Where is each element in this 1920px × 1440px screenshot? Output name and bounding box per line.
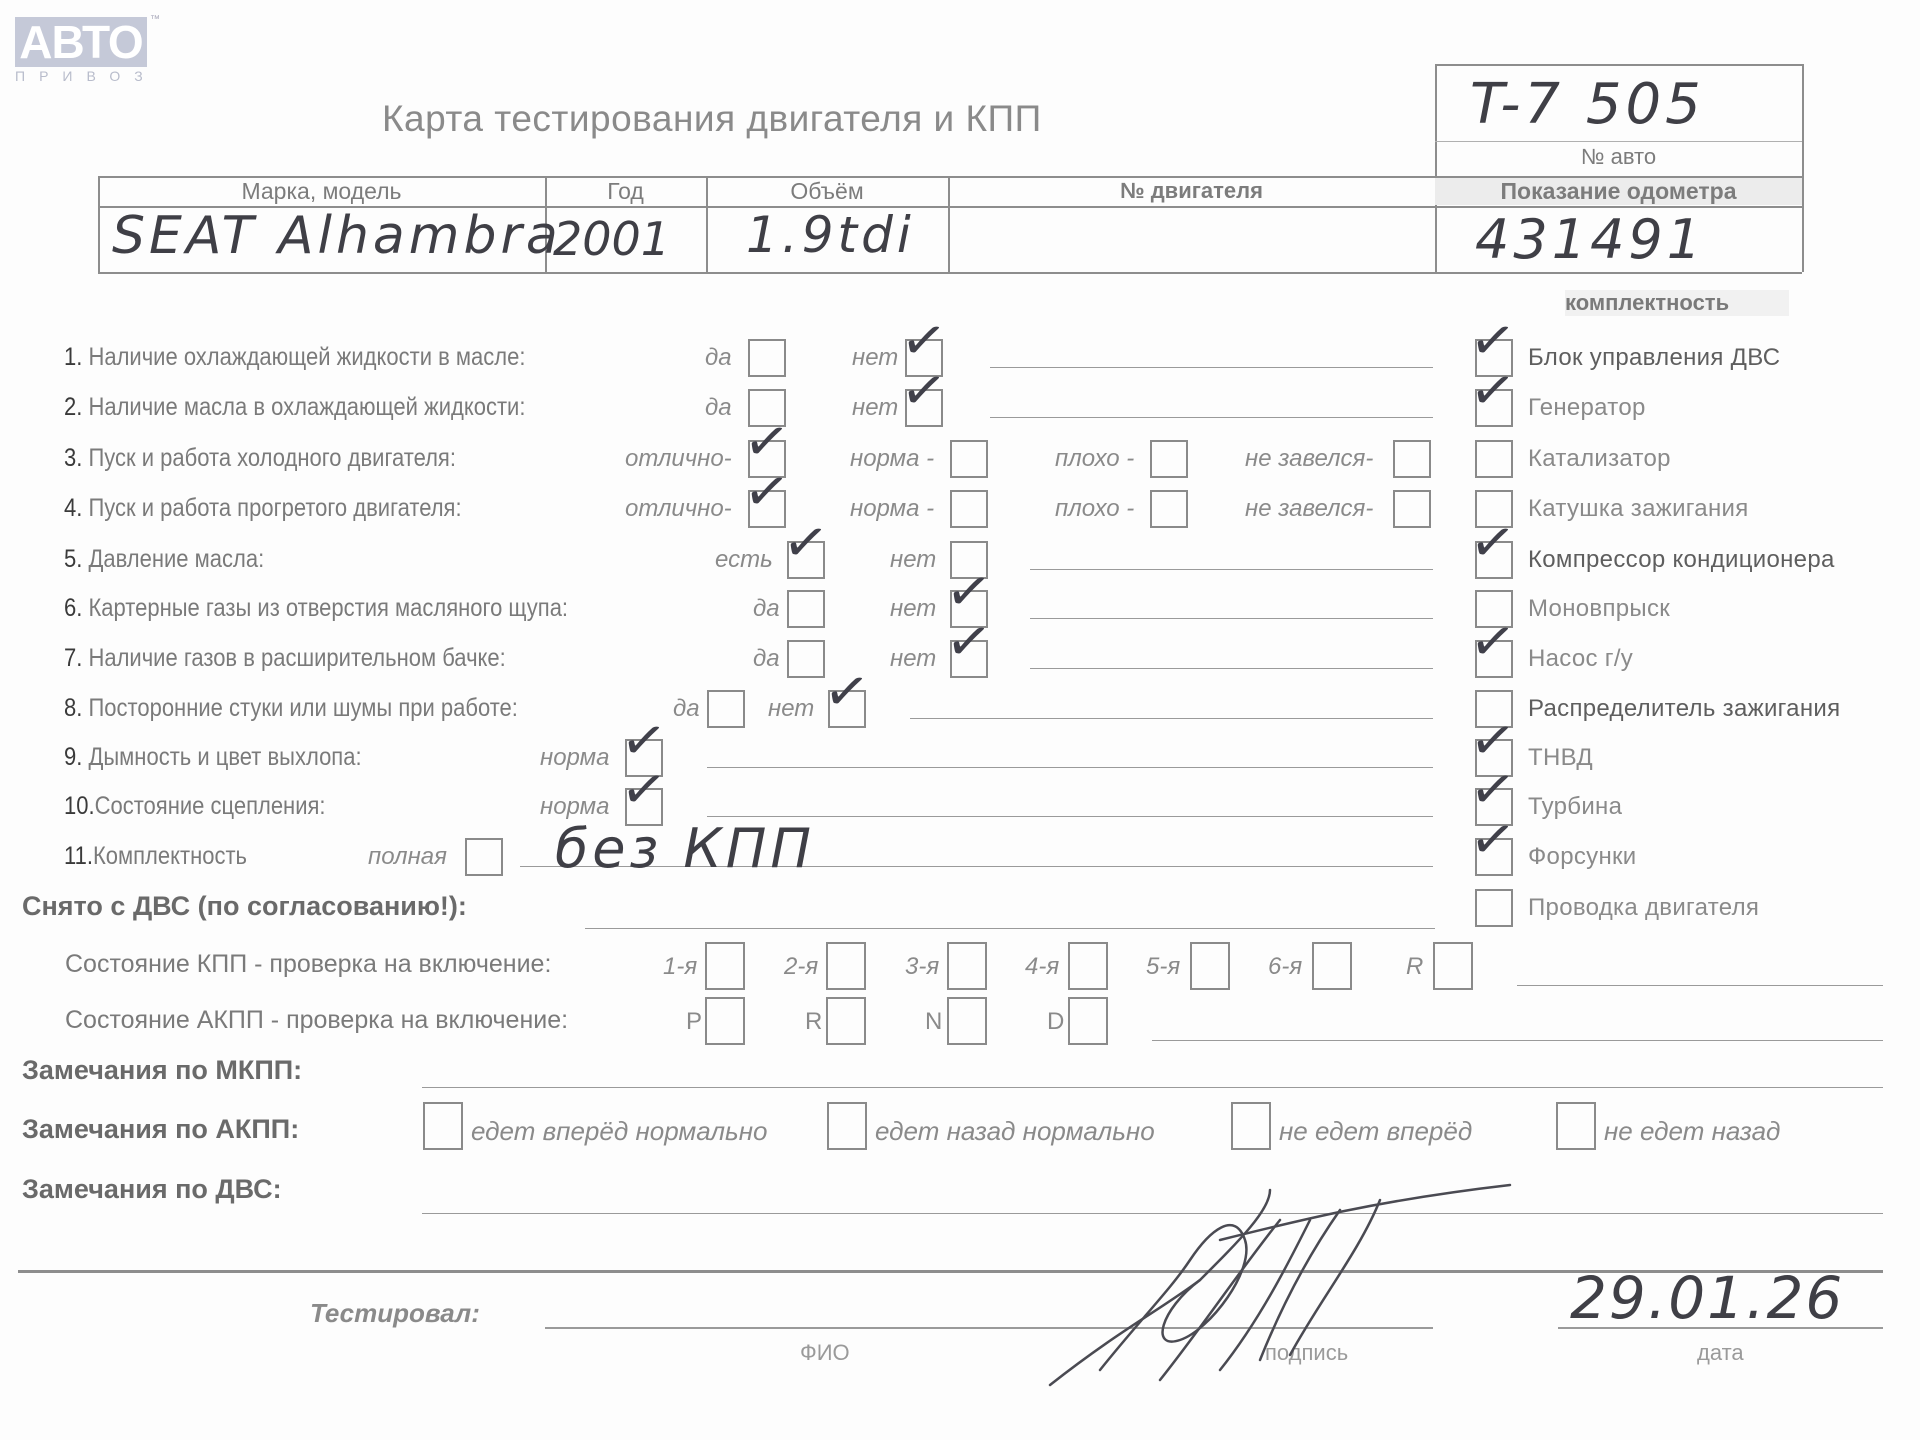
row-number: 8.: [64, 694, 82, 722]
checklist-row-label: 10.Состояние сцепления:: [64, 792, 326, 821]
option-checkbox[interactable]: [1150, 440, 1188, 478]
auto-remark-checkbox[interactable]: [1231, 1102, 1271, 1150]
option-label: нет: [852, 394, 898, 422]
option-label: нет: [890, 595, 936, 623]
removed-from-engine-field[interactable]: [585, 928, 1435, 929]
row-text: Комплектность: [93, 842, 247, 870]
checklist-row-label: 4. Пуск и работа прогретого двигателя:: [64, 494, 462, 523]
gear-checkbox[interactable]: [826, 942, 866, 990]
gear-label: 1-я: [663, 953, 697, 981]
option-label: да: [753, 595, 780, 623]
option-checkbox[interactable]: [748, 440, 786, 478]
row-note-field[interactable]: [910, 718, 1433, 719]
row-text: Наличие масла в охлаждающей жидкости:: [88, 393, 525, 421]
option-label: нет: [852, 344, 898, 372]
remarks-engine-label: Замечания по ДВС:: [22, 1174, 282, 1205]
option-label: отлично-: [625, 495, 732, 523]
name-caption: ФИО: [800, 1340, 850, 1366]
row-text: Картерные газы из отверстия масляного щу…: [88, 594, 568, 622]
completeness-item-label: Насос г/у: [1528, 645, 1633, 673]
row-number: 7.: [64, 644, 82, 672]
gear-label: 3-я: [905, 953, 939, 981]
auto-remark-label: не едет назад: [1604, 1116, 1780, 1147]
row-text: Наличие охлаждающей жидкости в масле:: [88, 343, 525, 371]
option-label: норма -: [850, 445, 934, 473]
completeness-checkbox[interactable]: [1475, 389, 1513, 427]
option-checkbox[interactable]: [707, 690, 745, 728]
col-year: Год: [545, 178, 706, 205]
row-text: Пуск и работа прогретого двигателя:: [88, 494, 461, 522]
completeness-item-label: Форсунки: [1528, 843, 1637, 871]
row-note-field[interactable]: [1030, 569, 1433, 570]
option-checkbox[interactable]: [787, 590, 825, 628]
completeness-checkbox[interactable]: [1475, 590, 1513, 628]
option-checkbox[interactable]: [787, 541, 825, 579]
col-volume: Объём: [706, 178, 948, 205]
gear-checkbox[interactable]: [1433, 942, 1473, 990]
completeness-item-label: Турбина: [1528, 793, 1622, 821]
completeness-checkbox[interactable]: [1475, 490, 1513, 528]
option-checkbox[interactable]: [950, 541, 988, 579]
auto-remark-label: едет вперёд нормально: [471, 1116, 767, 1147]
checklist-row-label: 7. Наличие газов в расширительном бачке:: [64, 644, 506, 673]
completeness-item-label: Катушка зажигания: [1528, 495, 1749, 523]
row-note-field[interactable]: [707, 816, 1433, 817]
option-checkbox[interactable]: [1393, 490, 1431, 528]
car-number-label: № авто: [1435, 144, 1802, 170]
col-odometer: Показание одометра: [1435, 178, 1802, 205]
option-label: плохо -: [1055, 445, 1134, 473]
checklist-row-label: 1. Наличие охлаждающей жидкости в масле:: [64, 343, 525, 372]
option-checkbox[interactable]: [828, 690, 866, 728]
removed-from-engine-label: Снято с ДВС (по согласованию!):: [22, 891, 467, 922]
gear-checkbox[interactable]: [705, 942, 745, 990]
option-label: отлично-: [625, 445, 732, 473]
gear-label: R: [1406, 953, 1423, 981]
option-checkbox[interactable]: [465, 838, 503, 876]
completeness-checkbox[interactable]: [1475, 541, 1513, 579]
row-number: 9.: [64, 743, 82, 771]
option-label: нет: [890, 645, 936, 673]
remarks-manual-label: Замечания по МКПП:: [22, 1055, 302, 1086]
completeness-checkbox[interactable]: [1475, 838, 1513, 876]
manual-gearbox-note-field[interactable]: [1517, 985, 1883, 986]
completeness-title: комплектность: [1565, 290, 1789, 316]
row-note-field[interactable]: [990, 417, 1433, 418]
option-checkbox[interactable]: [905, 389, 943, 427]
car-number-value[interactable]: T-7 505: [1470, 72, 1705, 137]
page-title: Карта тестирования двигателя и КПП: [382, 98, 1042, 140]
option-label: норма -: [850, 495, 934, 523]
option-checkbox[interactable]: [1150, 490, 1188, 528]
signature-icon: [1040, 1180, 1520, 1390]
row-text: Наличие газов в расширительном бачке:: [88, 644, 505, 672]
completeness-checkbox[interactable]: [1475, 889, 1513, 927]
remarks-auto-label: Замечания по АКПП:: [22, 1114, 299, 1145]
option-label: не завелся-: [1245, 445, 1373, 473]
option-checkbox[interactable]: [905, 339, 943, 377]
checklist-row-label: 2. Наличие масла в охлаждающей жидкости:: [64, 393, 525, 422]
row-number: 4.: [64, 494, 82, 522]
option-checkbox[interactable]: [625, 739, 663, 777]
option-checkbox[interactable]: [950, 590, 988, 628]
gear-label: 2-я: [784, 953, 818, 981]
auto-remark-label: не едет вперёд: [1279, 1116, 1472, 1147]
completeness-item-label: Блок управления ДВС: [1528, 344, 1780, 372]
completeness-checkbox[interactable]: [1475, 690, 1513, 728]
row-note-field[interactable]: [707, 767, 1433, 768]
option-label: да: [673, 695, 700, 723]
row-number: 6.: [64, 594, 82, 622]
auto-gear-label: P: [686, 1008, 702, 1036]
row-note-field[interactable]: [1030, 668, 1433, 669]
manual-gearbox-label: Состояние КПП - проверка на включение:: [65, 950, 551, 979]
box-border: [1435, 141, 1802, 142]
row-number: 3.: [64, 444, 82, 472]
completeness-checkbox[interactable]: [1475, 640, 1513, 678]
option-checkbox[interactable]: [950, 640, 988, 678]
row-text: Состояние сцепления:: [95, 792, 326, 820]
completeness-item-label: Генератор: [1528, 394, 1646, 422]
row-note-field[interactable]: [1030, 618, 1433, 619]
completeness-item-label: Проводка двигателя: [1528, 894, 1759, 922]
col-engine-number: № двигателя: [948, 178, 1435, 204]
row-number: 10.: [64, 792, 95, 820]
logo: АВТО: [15, 17, 147, 67]
completeness-checkbox[interactable]: [1475, 440, 1513, 478]
option-label: полная: [368, 843, 447, 871]
checklist-row-label: 11.Комплектность: [64, 842, 247, 871]
col-make-model: Марка, модель: [98, 178, 545, 205]
gear-checkbox[interactable]: [1312, 942, 1352, 990]
option-label: нет: [768, 695, 814, 723]
row-text: Посторонние стуки или шумы при работе:: [88, 694, 517, 722]
completeness-item-label: ТНВД: [1528, 744, 1593, 772]
option-label: да: [705, 394, 732, 422]
row-number: 1.: [64, 343, 82, 371]
option-label: нет: [890, 546, 936, 574]
gear-checkbox[interactable]: [1068, 942, 1108, 990]
gear-label: 5-я: [1146, 953, 1180, 981]
completeness-checkbox[interactable]: [1475, 339, 1513, 377]
checklist-row-label: 5. Давление масла:: [64, 545, 264, 574]
auto-gear-checkbox[interactable]: [1068, 997, 1108, 1045]
completeness-checkbox[interactable]: [1475, 739, 1513, 777]
checklist-row-label: 3. Пуск и работа холодного двигателя:: [64, 444, 456, 473]
row-text: Давление масла:: [88, 545, 264, 573]
option-label: норма: [540, 744, 609, 772]
option-label: да: [705, 344, 732, 372]
auto-remark-checkbox[interactable]: [1556, 1102, 1596, 1150]
auto-gear-checkbox[interactable]: [947, 997, 987, 1045]
option-label: плохо -: [1055, 495, 1134, 523]
option-checkbox[interactable]: [748, 389, 786, 427]
logo-trademark: ™: [150, 14, 160, 25]
option-label: есть: [715, 546, 773, 574]
completeness-item-label: Компрессор кондиционера: [1528, 546, 1835, 574]
auto-gear-checkbox[interactable]: [705, 997, 745, 1045]
checklist-row-label: 8. Посторонние стуки или шумы при работе…: [64, 694, 518, 723]
year-value[interactable]: 2001: [553, 212, 670, 266]
auto-remark-checkbox[interactable]: [827, 1102, 867, 1150]
completeness-item-label: Катализатор: [1528, 445, 1671, 473]
option-checkbox[interactable]: [787, 640, 825, 678]
option-label: не завелся-: [1245, 495, 1373, 523]
box-border: [1435, 64, 1802, 66]
logo-subtitle: ПРИВОЗ: [15, 68, 157, 84]
auto-gear-label: D: [1047, 1008, 1064, 1036]
option-checkbox[interactable]: [748, 339, 786, 377]
remarks-manual-field[interactable]: [422, 1087, 1883, 1088]
gear-label: 4-я: [1025, 953, 1059, 981]
auto-gearbox-label: Состояние АКПП - проверка на включение:: [65, 1006, 568, 1035]
date-caption: дата: [1697, 1340, 1744, 1366]
gear-label: 6-я: [1268, 953, 1302, 981]
option-checkbox[interactable]: [950, 440, 988, 478]
auto-gearbox-note-field[interactable]: [1152, 1040, 1883, 1041]
table-border: [98, 272, 1802, 274]
row-note-value[interactable]: без КПП: [555, 817, 815, 880]
option-label: да: [753, 645, 780, 673]
row-text: Пуск и работа холодного двигателя:: [88, 444, 455, 472]
row-number: 11.: [64, 842, 93, 870]
tested-by-label: Тестировал:: [310, 1298, 480, 1329]
row-text: Дымность и цвет выхлопа:: [88, 743, 361, 771]
date-value[interactable]: 29.01.26: [1570, 1264, 1844, 1332]
row-number: 2.: [64, 393, 82, 421]
checklist-row-label: 6. Картерные газы из отверстия масляного…: [64, 594, 568, 623]
odometer-value[interactable]: 431491: [1475, 208, 1705, 271]
auto-gear-label: R: [805, 1008, 822, 1036]
completeness-item-label: Распределитель зажигания: [1528, 695, 1840, 723]
auto-gear-label: N: [925, 1008, 942, 1036]
gear-checkbox[interactable]: [947, 942, 987, 990]
auto-gear-checkbox[interactable]: [826, 997, 866, 1045]
option-checkbox[interactable]: [1393, 440, 1431, 478]
option-checkbox[interactable]: [748, 490, 786, 528]
auto-remark-checkbox[interactable]: [423, 1102, 463, 1150]
gear-checkbox[interactable]: [1190, 942, 1230, 990]
completeness-checkbox[interactable]: [1475, 788, 1513, 826]
box-border: [1802, 64, 1804, 272]
option-checkbox[interactable]: [950, 490, 988, 528]
checklist-row-label: 9. Дымность и цвет выхлопа:: [64, 743, 362, 772]
make-model-value[interactable]: SEAT Alhambra: [112, 206, 562, 266]
completeness-item-label: Моновпрыск: [1528, 595, 1670, 623]
volume-value[interactable]: 1.9tdi: [746, 206, 915, 264]
row-note-field[interactable]: [990, 367, 1433, 368]
row-number: 5.: [64, 545, 82, 573]
auto-remark-label: едет назад нормально: [875, 1116, 1155, 1147]
